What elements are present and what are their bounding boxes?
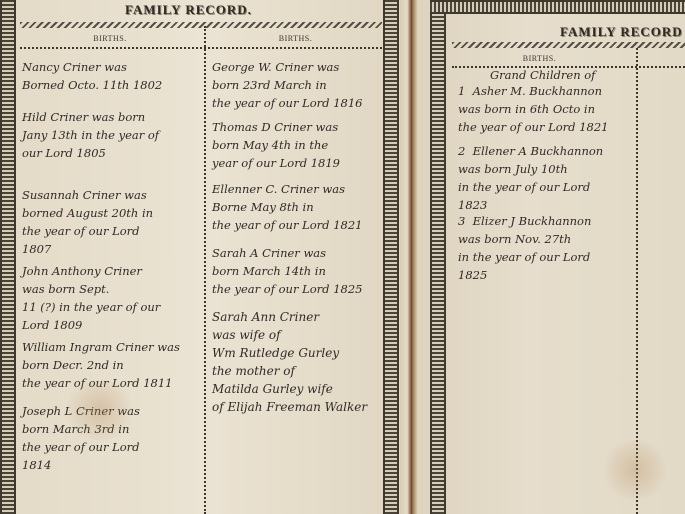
right-page-top-border [430,0,685,14]
birth-entry: Nancy Criner was Borned Octo. 11th 1802 [22,58,162,94]
entry-line: was wife of [212,326,367,344]
right-page-title: FAMILY RECORD [560,24,683,40]
entry-line: 1807 [22,240,153,258]
birth-entry: 2 Ellener A Buckhannon was born July 10t… [458,142,603,214]
left-page-outer-border [0,0,16,514]
entry-line: our Lord 1805 [22,144,159,162]
entry-line: year of our Lord 1819 [212,154,340,172]
entry-number: 2 [458,144,465,158]
entry-line: William Ingram Criner was [22,338,180,356]
entry-line: born March 14th in [212,262,362,280]
entry-line: Thomas D Criner was [212,118,340,136]
entry-line: 2 Ellener A Buckhannon [458,142,603,160]
entry-line: the year of our Lord 1816 [212,94,362,112]
right-page-inner-border [430,0,446,514]
entry-line: born Decr. 2nd in [22,356,180,374]
entry-line: Nancy Criner was [22,58,162,76]
right-page: FAMILY RECORD BIRTHS. Grand Children of … [420,0,685,514]
column-divider [204,26,206,514]
entry-text: Elizer J Buckhannon [473,214,592,228]
entry-line: Jany 13th in the year of [22,126,159,144]
birth-entry: George W. Criner was born 23rd March in … [212,58,362,112]
title-ornament-rule [20,22,382,28]
column-header-births: BIRTHS. [452,54,627,63]
entry-line: the year of our Lord 1825 [212,280,362,298]
entry-text: Asher M. Buckhannon [473,84,602,98]
column-header-births-1: BIRTHS. [20,34,200,43]
entry-line: Sarah Ann Criner [212,308,367,326]
birth-entry: 3 Elizer J Buckhannon was born Nov. 27th… [458,212,591,284]
entry-line: George W. Criner was [212,58,362,76]
entry-line: was born Nov. 27th [458,230,591,248]
entry-line: Wm Rutledge Gurley [212,344,367,362]
left-page-title: FAMILY RECORD. [125,2,252,18]
paper-stain [600,440,670,500]
entry-line: the mother of [212,362,367,380]
birth-entry: Sarah A Criner was born March 14th in th… [212,244,362,298]
entry-number: 3 [458,214,465,228]
entry-line: in the year of our Lord [458,178,603,196]
birth-entry: Susannah Criner was borned August 20th i… [22,186,153,258]
entry-line: was born July 10th [458,160,603,178]
entry-line: Hild Criner was born [22,108,159,126]
header-divider [20,47,382,49]
entry-line: the year of our Lord 1821 [458,118,608,136]
entry-text: Ellener A Buckhannon [473,144,604,158]
entry-line: John Anthony Criner [22,262,160,280]
entry-line: Sarah A Criner was [212,244,362,262]
birth-entry: Ellenner C. Criner was Borne May 8th in … [212,180,362,234]
entry-line: 3 Elizer J Buckhannon [458,212,591,230]
entry-line: born May 4th in the [212,136,340,154]
left-page: FAMILY RECORD. BIRTHS. BIRTHS. Nancy Cri… [0,0,402,514]
entry-line: 1825 [458,266,591,284]
entry-line: born 23rd March in [212,76,362,94]
entry-line: borned August 20th in [22,204,153,222]
column-header-births-2: BIRTHS. [208,34,383,43]
birth-entry: Thomas D Criner was born May 4th in the … [212,118,340,172]
entry-line: the year of our Lord [22,438,140,456]
birth-entry: John Anthony Criner was born Sept. 11 (?… [22,262,160,334]
entry-line: in the year of our Lord [458,248,591,266]
entry-line: Borned Octo. 11th 1802 [22,76,162,94]
left-page-inner-border [383,0,399,514]
entry-line: Lord 1809 [22,316,160,334]
entry-number: 1 [458,84,465,98]
entry-line: Susannah Criner was [22,186,153,204]
birth-entry: 1 Asher M. Buckhannon was born in 6th Oc… [458,82,608,136]
entry-line: 1814 [22,456,140,474]
entry-line: 11 (?) in the year of our [22,298,160,316]
paper-stain [60,380,140,440]
entry-line: Borne May 8th in [212,198,362,216]
birth-entry: Hild Criner was born Jany 13th in the ye… [22,108,159,162]
entry-line: 1 Asher M. Buckhannon [458,82,608,100]
entry-line: Ellenner C. Criner was [212,180,362,198]
entry-line: the year of our Lord [22,222,153,240]
entry-line: was born in 6th Octo in [458,100,608,118]
note-entry: Sarah Ann Criner was wife of Wm Rutledge… [212,308,367,416]
title-ornament-rule [452,42,685,48]
entry-line: was born Sept. [22,280,160,298]
entry-line: of Elijah Freeman Walker [212,398,367,416]
entry-line: Matilda Gurley wife [212,380,367,398]
entry-line: the year of our Lord 1821 [212,216,362,234]
